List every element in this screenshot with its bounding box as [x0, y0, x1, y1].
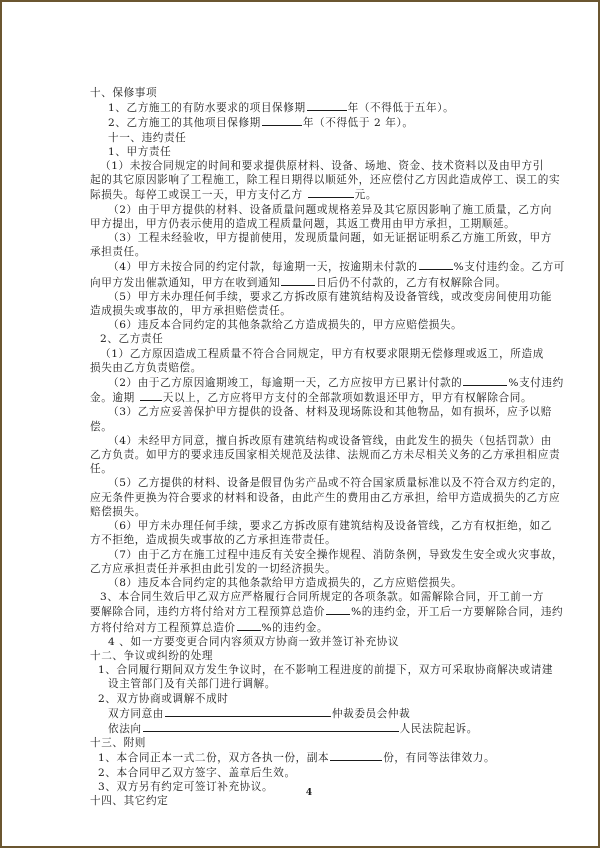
- clause-a3-line: （3）工程未经验收，甲方提前使用，发现质量问题，如无证据证明系乙方施工所致，甲方: [90, 231, 532, 245]
- clause-b2-line: 金。逾期 天以上，乙方应将甲方支付的全部款项如数退还甲方，甲方有权解除合同。: [90, 390, 532, 405]
- clause-e2-line: 2、本合同甲乙双方签字、盖章后生效。: [90, 766, 532, 780]
- document-body: 十、保修事项 1、乙方施工的有防水要求的项目保修期年（不得低于五年）。 2、乙方…: [90, 86, 532, 808]
- clause-a2-line: 甲方提出，甲方仍表示使用的造成工程质量问题，其返工费用由甲方承担，工期顺延。: [90, 217, 532, 231]
- clause-a1-line: 际损失。每停工或误工一天，甲方支付乙方 元。: [90, 187, 532, 202]
- text: 元。: [355, 189, 377, 201]
- clause-b5-line: 赔偿损失。: [90, 505, 532, 519]
- text: 1、乙方施工的有防水要求的项目保修期: [108, 102, 306, 114]
- blank-field-post-start-penalty[interactable]: [237, 620, 261, 631]
- text: 金。逾期: [90, 392, 135, 404]
- clause-b3-line: （3）乙方应妥善保护甲方提供的设备、材料及现场陈设和其他物品，如有损坏，应予以赔: [90, 405, 532, 419]
- clause-a4-line: （4）甲方未按合同的约定付款，每逾期一天，按逾期未付款的%支付违约金。乙方可: [90, 259, 532, 274]
- clause-a3-line: 承担责任。: [90, 245, 532, 259]
- blank-field-daily-compensation[interactable]: [308, 187, 354, 198]
- clause-a6-line: （6）违反本合同约定的其他条款给乙方造成损失的，甲方应赔偿损失。: [90, 318, 532, 332]
- clause-b6-line: 方不拒绝，造成损失或事故的乙方承担连带责任。: [90, 533, 532, 547]
- blank-field-waterproof-years[interactable]: [307, 100, 347, 111]
- text: （2）由于乙方原因逾期竣工，每逾期一天，乙方应按甲方已累计付款的: [108, 377, 462, 389]
- clause-b2-line: （2）由于乙方原因逾期竣工，每逾期一天，乙方应按甲方已累计付款的%支付违约: [90, 375, 532, 390]
- subsection-party-b: 2、乙方责任: [90, 332, 532, 346]
- text: 份，有同等法律效力。: [383, 752, 495, 764]
- section-title-disputes: 十二、争议或纠纷的处理: [90, 649, 532, 663]
- text: %的违约金。: [262, 622, 329, 634]
- clause-e1-line: 1、本合同正本一式二份，双方各执一份，副本份，有同等法律效力。: [90, 750, 532, 765]
- section-title-liability: 十一、违约责任: [90, 131, 532, 145]
- text: %的违约金，开工后一方要解除合同，违约: [351, 606, 563, 618]
- blank-field-copies[interactable]: [330, 750, 382, 761]
- clause-b1-line: 损失由乙方负责赔偿。: [90, 361, 532, 375]
- clause-b4-line: 任。: [90, 462, 532, 476]
- text: 方将付给对方工程预算总造价: [90, 622, 236, 634]
- blank-field-court[interactable]: [143, 721, 399, 732]
- clause-b7-line: （7）由于乙方在施工过程中违反有关安全操作规程、消防条例，导致发生安全或火灾事故…: [90, 548, 532, 562]
- page-number: 4: [302, 788, 316, 798]
- clause-b4-line: （4）未经甲方同意，擅自拆改原有建筑结构或设备管线，由此发生的损失（包括罚款）由: [90, 434, 532, 448]
- text: 际损失。每停工或误工一天，甲方支付乙方: [90, 189, 303, 201]
- section-title-appendix: 十三、附则: [90, 736, 532, 750]
- blank-field-late-payment-percent[interactable]: [419, 259, 453, 270]
- text: 日后仍不付款的，乙方有权解除合同。: [316, 277, 506, 289]
- clause-d1-line: 设主管部门及有关部门进行调解。: [90, 677, 532, 691]
- text: %支付违约: [508, 377, 563, 389]
- clause-d2-title: 2、双方协商或调解不成时: [90, 692, 532, 706]
- clause-b1-line: （1）乙方原因造成工程质量不符合合同规定，甲方有权要求限期无偿修理或返工，所造成: [90, 347, 532, 361]
- blank-field-other-years[interactable]: [262, 115, 302, 126]
- arbitration-line: 双方同意由仲裁委员会仲裁: [90, 706, 532, 721]
- clause-b5-line: 应无条件更换为符合要求的材料和设备，由此产生的费用由乙方承担，给甲方造成损失的乙…: [90, 491, 532, 505]
- clause-a1-line: 起的其它原因影响了工程施工，除工程日期得以顺延外，还应偿付乙方因此造成停工、误工…: [90, 173, 532, 187]
- text: 1、本合同正本一式二份，双方各执一份，副本: [98, 752, 329, 764]
- clause-d1-line: 1、合同履行期间双方发生争议时，在不影响工程进度的前提下，双方可采取协商解决或请…: [90, 663, 532, 677]
- section-title-warranty: 十、保修事项: [90, 86, 532, 100]
- clause-a2-line: （2）由于甲方提供的材料、设备质量问题或规格差异及其它原因影响了施工质量，乙方向: [90, 203, 532, 217]
- text: 要解除合同，违约方将付给对方工程预算总造价: [90, 606, 325, 618]
- clause-a5-line: （5）甲方未办理任何手续，要求乙方拆改原有建筑结构及设备管线，或改变房间使用功能: [90, 290, 532, 304]
- blank-field-arbitration-committee[interactable]: [165, 706, 331, 717]
- clause-b7-line: 乙方应承担责任并承担由此引发的一切经济损失。: [90, 562, 532, 576]
- text: 向甲方发出催款通知，甲方在收到通知: [90, 277, 280, 289]
- subsection-party-a: 1、甲方责任: [90, 145, 532, 159]
- text: 2、乙方施工的其他项目保修期: [108, 117, 261, 129]
- text: 依法向: [108, 723, 142, 735]
- clause-a4-line: 向甲方发出催款通知，甲方在收到通知日后仍不付款的，乙方有权解除合同。: [90, 275, 532, 290]
- clause-c3-line: 方将付给对方工程预算总造价%的违约金。: [90, 620, 532, 635]
- blank-field-overdue-days[interactable]: [140, 390, 162, 401]
- clause-c3-line: 3、本合同生效后甲乙双方应严格履行合同所规定的各项条款。如需解除合同，开工前一方: [90, 590, 532, 604]
- text: 天以上，乙方应将甲方支付的全部款项如数退还甲方，甲方有权解除合同。: [163, 392, 532, 404]
- text: 人民法院起诉。: [400, 723, 478, 735]
- warranty-item-1: 1、乙方施工的有防水要求的项目保修期年（不得低于五年）。: [90, 100, 532, 115]
- clause-c4-line: 4 、如一方要变更合同内容须双方协商一致并签订补充协议: [90, 635, 532, 649]
- clause-a1-line: （1）未按合同规定的时间和要求提供原材料、设备、场地、资金、技术资料以及由甲方引: [90, 159, 532, 173]
- text: 双方同意由: [108, 708, 164, 720]
- court-line: 依法向人民法院起诉。: [90, 721, 532, 736]
- blank-field-pre-start-penalty[interactable]: [326, 604, 350, 615]
- text: %支付违约金。乙方可: [454, 261, 565, 273]
- blank-field-overdue-percent[interactable]: [463, 375, 507, 386]
- blank-field-notice-days[interactable]: [281, 275, 315, 286]
- clause-b6-line: （6）甲方未办理任何手续，要求乙方拆改原有建筑结构及设备管线，乙方有权拒绝，如乙: [90, 519, 532, 533]
- text: （4）甲方未按合同的约定付款，每逾期一天，按逾期未付款的: [108, 261, 418, 273]
- text: 年（不得低于五年）。: [348, 102, 455, 114]
- document-page: 十、保修事项 1、乙方施工的有防水要求的项目保修期年（不得低于五年）。 2、乙方…: [0, 0, 600, 848]
- text: 仲裁委员会仲裁: [332, 708, 410, 720]
- clause-b3-line: 偿。: [90, 420, 532, 434]
- clause-b4-line: 乙方负责。如甲方的要求违反国家相关规范及法律、法规而乙方未尽相关义务的乙方承担相…: [90, 448, 532, 462]
- clause-b5-line: （5）乙方提供的材料、设备是假冒伪劣产品或不符合国家质量标准以及不符合双方约定的…: [90, 476, 532, 490]
- text: 年（不得低于 2 年）。: [303, 117, 414, 129]
- clause-a5-line: 造成损失或事故的，甲方承担赔偿责任。: [90, 304, 532, 318]
- clause-c3-line: 要解除合同，违约方将付给对方工程预算总造价%的违约金，开工后一方要解除合同，违约: [90, 604, 532, 619]
- clause-b8-line: （8）违反本合同约定的其他条款给甲方造成损失的，乙方应赔偿损失。: [90, 576, 532, 590]
- warranty-item-2: 2、乙方施工的其他项目保修期年（不得低于 2 年）。: [90, 115, 532, 130]
